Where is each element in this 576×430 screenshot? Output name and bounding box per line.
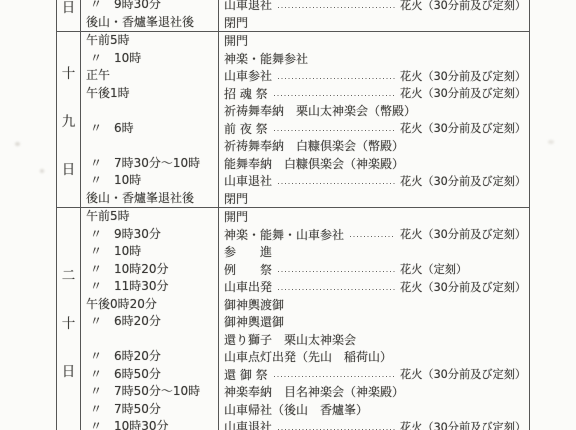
time-cell: 午後0時20分 — [81, 296, 218, 314]
event-row: 能舞奉納 白糠倶楽会（神楽殿） — [219, 155, 529, 173]
date-char: 二 — [62, 264, 76, 284]
event-label: 祈祷舞奉納 白糠倶楽会（幣殿） — [224, 137, 404, 154]
event-label: 開門 — [224, 32, 248, 49]
event-row: 還り獅子 栗山太神楽会 — [219, 331, 529, 349]
event-label: 例 祭 — [224, 261, 272, 278]
fireworks-note: 花火（30分前及び定刻） — [400, 85, 529, 101]
time-cell: 〃 9時30分 — [81, 0, 218, 14]
event-label: 還り獅子 栗山太神楽会 — [224, 331, 356, 348]
event-label: 開門 — [224, 208, 248, 225]
event-label: 山車帰社（後山 香爐峯） — [224, 401, 368, 418]
dotted-leader — [274, 95, 395, 96]
event-row: 祈祷舞奉納 白糠倶楽会（幣殿） — [219, 137, 529, 155]
event-label: 前 夜 祭 — [224, 120, 268, 137]
fireworks-note: 花火（30分前及び定刻） — [400, 68, 529, 84]
event-column: 山車退社花火（30分前及び定刻）閉門 — [219, 0, 529, 31]
time-cell: 午前5時 — [81, 32, 218, 50]
event-row: 閉門 — [219, 14, 529, 32]
fireworks-note: 花火（30分前及び定刻） — [400, 366, 529, 382]
festival-schedule-table: 日〃 9時30分後山・香爐峯退社後山車退社花火（30分前及び定刻）閉門十九日午前… — [56, 0, 530, 430]
event-label: 参 進 — [224, 243, 272, 260]
event-label: 山車点灯出発（先山 稲荷山） — [224, 348, 392, 365]
date-char: 十 — [62, 312, 76, 332]
time-cell — [81, 102, 218, 120]
scan-speck — [15, 142, 20, 146]
date-char: 九 — [62, 110, 76, 130]
event-label: 祈祷舞奉納 栗山太神楽会（幣殿） — [224, 102, 416, 119]
time-cell: 〃 6時20分 — [81, 313, 218, 331]
time-cell: 〃 6時20分 — [81, 348, 218, 366]
time-cell: 午後1時 — [81, 85, 218, 103]
table-section: 二十日午前5時〃 9時30分〃 10時〃 10時20分〃 11時30分午後0時2… — [57, 208, 529, 430]
event-row: 参 進 — [219, 243, 529, 261]
event-label: 山車参社 — [224, 67, 272, 84]
fireworks-note: 花火（定刻） — [400, 261, 529, 277]
event-row: 神楽奉納 目名神楽会（神楽殿） — [219, 383, 529, 401]
event-row: 神楽・能舞参社 — [219, 50, 529, 68]
date-char: 日 — [62, 0, 76, 16]
event-row: 山車帰社（後山 香爐峯） — [219, 401, 529, 419]
event-label: 山車出発 — [224, 278, 272, 295]
event-row: 山車退社花火（30分前及び定刻） — [219, 0, 529, 14]
date-cell: 十九日 — [57, 32, 81, 207]
time-cell: 〃 10時20分 — [81, 261, 218, 279]
event-row: 還 御 祭花火（30分前及び定刻） — [219, 366, 529, 384]
table-section: 十九日午前5時〃 10時正午午後1時〃 6時〃 7時30分～10時〃 10時後山… — [57, 32, 529, 208]
event-column: 開門神楽・能舞・山車参社花火（30分前及び定刻）参 進例 祭花火（定刻）山車出発… — [219, 208, 529, 430]
time-cell — [81, 137, 218, 155]
scan-speck — [40, 169, 44, 173]
event-label: 神楽・能舞参社 — [224, 50, 308, 67]
event-row: 神楽・能舞・山車参社花火（30分前及び定刻） — [219, 226, 529, 244]
time-cell: 午前5時 — [81, 208, 218, 226]
dotted-leader — [278, 78, 395, 79]
fireworks-note: 花火（30分前及び定刻） — [400, 419, 529, 430]
event-row: 開門 — [219, 32, 529, 50]
time-cell: 〃 7時50分 — [81, 401, 218, 419]
event-label: 招 魂 祭 — [224, 85, 268, 102]
event-row: 前 夜 祭花火（30分前及び定刻） — [219, 120, 529, 138]
event-row: 御神輿還御 — [219, 313, 529, 331]
event-row: 御神輿渡御 — [219, 296, 529, 314]
table-section: 日〃 9時30分後山・香爐峯退社後山車退社花火（30分前及び定刻）閉門 — [57, 0, 529, 32]
time-column: 午前5時〃 10時正午午後1時〃 6時〃 7時30分～10時〃 10時後山・香爐… — [81, 32, 219, 207]
fireworks-note: 花火（30分前及び定刻） — [400, 173, 529, 189]
time-cell: 正午 — [81, 67, 218, 85]
time-cell: 〃 10時30分 — [81, 418, 218, 430]
time-column: 午前5時〃 9時30分〃 10時〃 10時20分〃 11時30分午後0時20分〃… — [81, 208, 219, 430]
event-column: 開門神楽・能舞参社山車参社花火（30分前及び定刻）招 魂 祭花火（30分前及び定… — [219, 32, 529, 207]
time-cell: 〃 6時 — [81, 120, 218, 138]
event-row: 祈祷舞奉納 栗山太神楽会（幣殿） — [219, 102, 529, 120]
dotted-leader — [278, 183, 395, 184]
dotted-leader — [278, 7, 395, 8]
date-char: 日 — [62, 360, 76, 380]
event-label: 神楽奉納 目名神楽会（神楽殿） — [224, 383, 404, 400]
dotted-leader — [350, 236, 395, 237]
event-row: 山車点灯出発（先山 稲荷山） — [219, 348, 529, 366]
event-label: 能舞奉納 白糠倶楽会（神楽殿） — [224, 155, 404, 172]
time-cell: 〃 7時50分～10時 — [81, 383, 218, 401]
event-label: 山車退社 — [224, 418, 272, 430]
event-row: 山車退社花火（30分前及び定刻） — [219, 172, 529, 190]
fireworks-note: 花火（30分前及び定刻） — [400, 120, 529, 136]
event-row: 例 祭花火（定刻） — [219, 261, 529, 279]
time-cell — [81, 331, 218, 349]
fireworks-note: 花火（30分前及び定刻） — [400, 226, 529, 242]
time-cell: 〃 10時 — [81, 50, 218, 68]
event-label: 山車退社 — [224, 0, 272, 13]
time-cell: 〃 11時30分 — [81, 278, 218, 296]
event-label: 閉門 — [224, 190, 248, 207]
time-column: 〃 9時30分後山・香爐峯退社後 — [81, 0, 219, 31]
event-label: 御神輿渡御 — [224, 296, 284, 313]
dotted-leader — [274, 376, 395, 377]
date-char: 十 — [62, 62, 76, 82]
event-label: 閉門 — [224, 14, 248, 31]
date-cell: 日 — [57, 0, 81, 31]
event-label: 還 御 祭 — [224, 366, 268, 383]
dotted-leader — [274, 130, 395, 131]
time-cell: 後山・香爐峯退社後 — [81, 14, 218, 32]
event-label: 山車退社 — [224, 172, 272, 189]
fireworks-note: 花火（30分前及び定刻） — [400, 0, 529, 13]
scanned-document-page: 日〃 9時30分後山・香爐峯退社後山車退社花火（30分前及び定刻）閉門十九日午前… — [0, 0, 576, 430]
time-cell: 〃 10時 — [81, 172, 218, 190]
dotted-leader — [278, 289, 395, 290]
event-row: 招 魂 祭花火（30分前及び定刻） — [219, 85, 529, 103]
event-label: 神楽・能舞・山車参社 — [224, 226, 344, 243]
date-char: 日 — [62, 158, 76, 178]
time-cell: 〃 6時50分 — [81, 366, 218, 384]
event-row: 閉門 — [219, 190, 529, 208]
time-cell: 〃 9時30分 — [81, 226, 218, 244]
dotted-leader — [278, 271, 395, 272]
event-row: 山車退社花火（30分前及び定刻） — [219, 418, 529, 430]
event-row: 山車出発花火（30分前及び定刻） — [219, 278, 529, 296]
event-label: 御神輿還御 — [224, 313, 284, 330]
time-cell: 〃 7時30分～10時 — [81, 155, 218, 173]
event-row: 開門 — [219, 208, 529, 226]
scan-speck — [548, 140, 554, 144]
time-cell: 〃 10時 — [81, 243, 218, 261]
fireworks-note: 花火（30分前及び定刻） — [400, 279, 529, 295]
time-cell: 後山・香爐峯退社後 — [81, 190, 218, 208]
date-cell: 二十日 — [57, 208, 81, 430]
event-row: 山車参社花火（30分前及び定刻） — [219, 67, 529, 85]
